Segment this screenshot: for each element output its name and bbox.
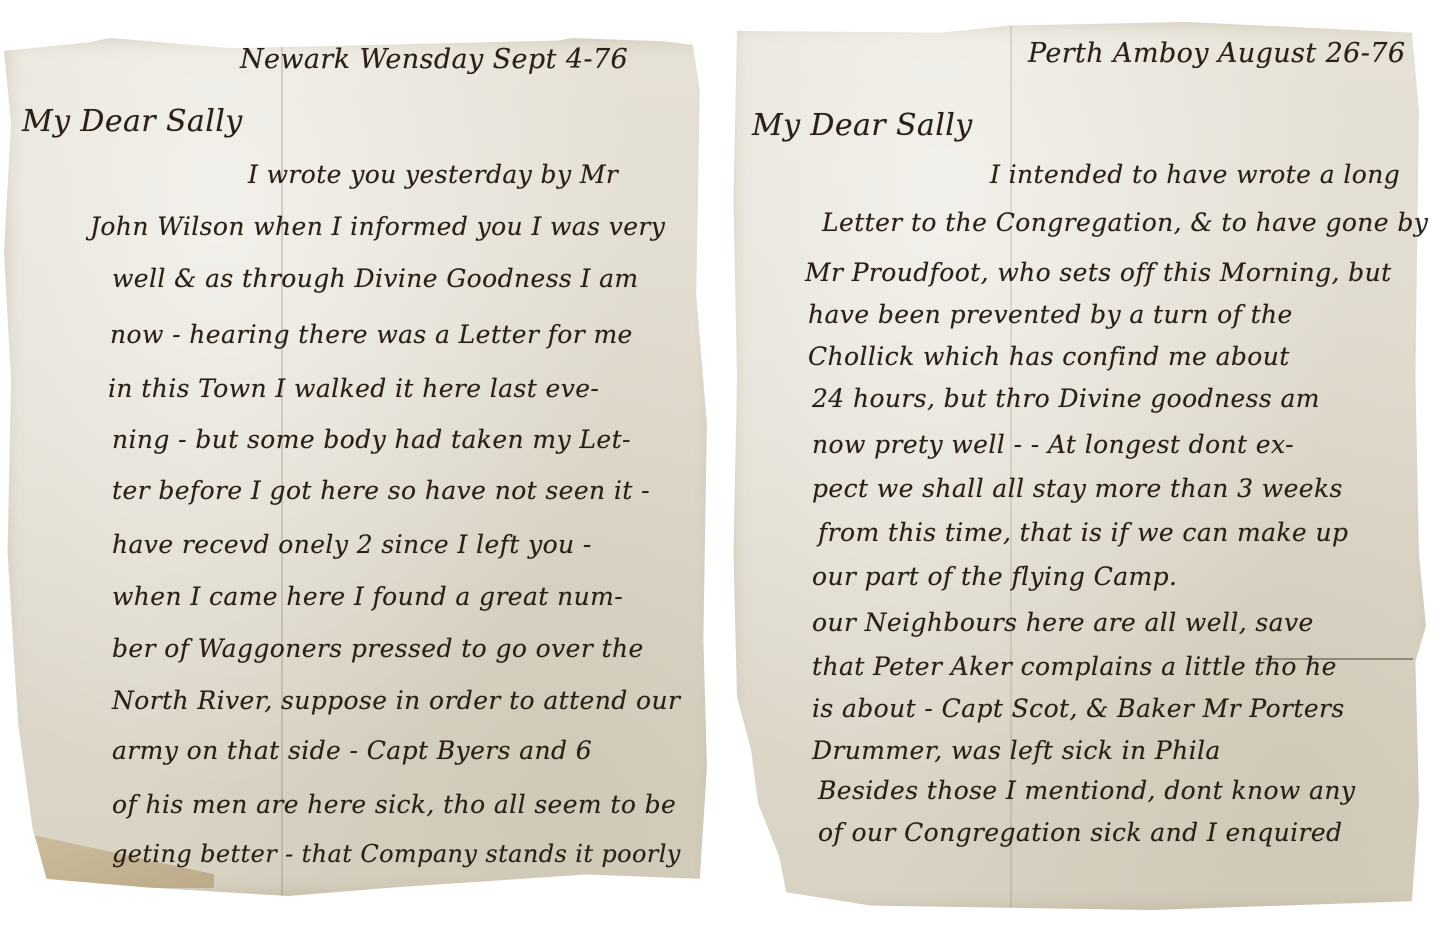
letter-line: I wrote you yesterday by Mr (248, 160, 618, 189)
letter-line: have recevd onely 2 since I left you - (112, 530, 592, 559)
letter-line: now - hearing there was a Letter for me (110, 320, 633, 349)
letter-line: is about - Capt Scot, & Baker Mr Porters (812, 694, 1345, 723)
letter-line: when I came here I found a great num- (112, 582, 623, 611)
letter-line: our part of the flying Camp. (812, 562, 1177, 591)
letter-line: ning - but some body had taken my Let- (112, 425, 631, 454)
letter-line: Drummer, was left sick in Phila (812, 736, 1221, 765)
letter-line: that Peter Aker complains a little tho h… (812, 652, 1337, 681)
letter-line: I intended to have wrote a long (990, 160, 1400, 189)
letter-line: well & as through Divine Goodness I am (112, 264, 639, 293)
letter-line: army on that side - Capt Byers and 6 (112, 736, 592, 765)
letter-heading: Newark Wensday Sept 4-76 (240, 44, 628, 75)
letter-line: Chollick which has confind me about (808, 342, 1290, 371)
letter-line: ter before I got here so have not seen i… (112, 476, 650, 505)
letter-line: North River, suppose in order to attend … (112, 686, 680, 715)
letter-line: Letter to the Congregation, & to have go… (822, 208, 1428, 237)
letter-line: Besides those I mentiond, dont know any (818, 776, 1355, 805)
letter-line: in this Town I walked it here last eve- (108, 374, 599, 403)
letter-line: geting better - that Company stands it p… (112, 840, 681, 868)
letter-line: of his men are here sick, tho all seem t… (112, 790, 676, 819)
letter-line: John Wilson when I informed you I was ve… (90, 212, 665, 241)
letter-line: now prety well - - At longest dont ex- (812, 430, 1294, 459)
letter-line: have been prevented by a turn of the (808, 300, 1293, 329)
letter-salutation: My Dear Sally (752, 108, 973, 143)
letter-line: of our Congregation sick and I enquired (818, 818, 1342, 847)
letter-line: Mr Proudfoot, who sets off this Morning,… (805, 258, 1392, 287)
letter-heading: Perth Amboy August 26-76 (1028, 38, 1405, 69)
letter-line: 24 hours, but thro Divine goodness am (812, 384, 1320, 413)
letter-salutation: My Dear Sally (22, 104, 243, 139)
letter-line: our Neighbours here are all well, save (812, 608, 1314, 637)
letter-line: ber of Waggoners pressed to go over the (112, 634, 644, 663)
letter-line: from this time, that is if we can make u… (818, 518, 1348, 547)
letter-line: pect we shall all stay more than 3 weeks (812, 474, 1343, 503)
